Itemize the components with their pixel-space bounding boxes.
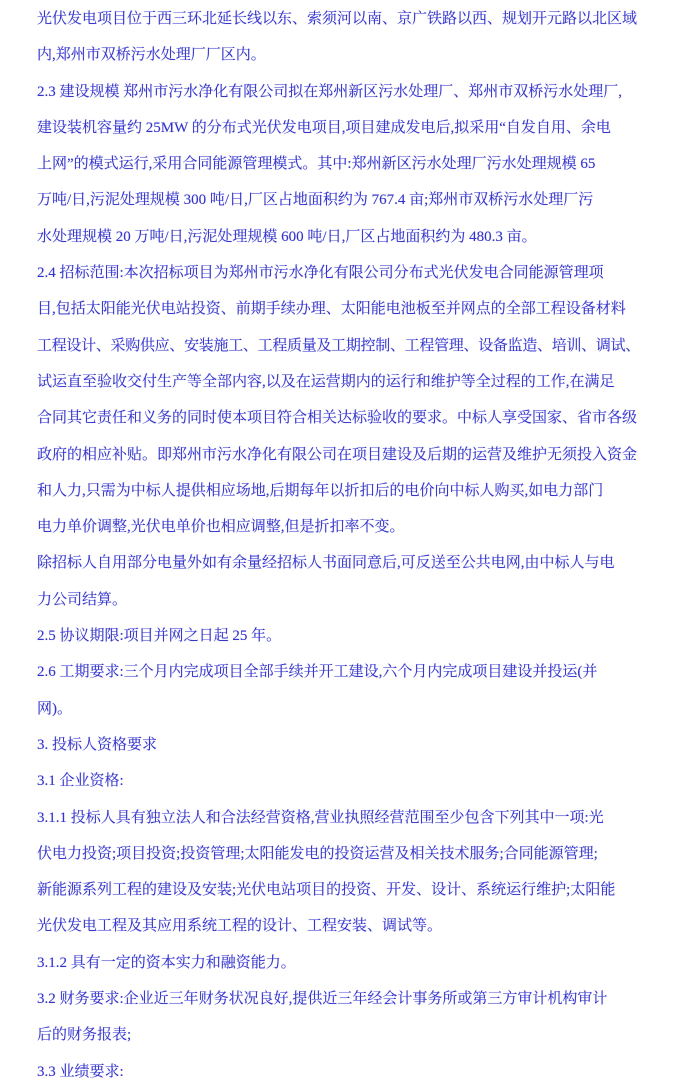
text-line: 电力单价调整,光伏电单价也相应调整,但是折扣率不变。 <box>37 509 640 545</box>
text-line: 上网”的模式运行,采用合同能源管理模式。其中:郑州新区污水处理厂污水处理规模 6… <box>37 146 640 182</box>
text-line: 3.1.2 具有一定的资本实力和融资能力。 <box>37 945 640 981</box>
text-line: 内,郑州市双桥污水处理厂厂区内。 <box>37 37 640 73</box>
text-line: 合同其它责任和义务的同时使本项目符合相关达标验收的要求。中标人享受国家、省市各级 <box>37 400 640 436</box>
document-page: 光伏发电项目位于西三环北延长线以东、索须河以南、京广铁路以西、规划开元路以北区域… <box>0 0 675 1089</box>
text-line: 建设装机容量约 25MW 的分布式光伏发电项目,项目建成发电后,拟采用“自发自用… <box>37 110 640 146</box>
text-line: 除招标人自用部分电量外如有余量经招标人书面同意后,可反送至公共电网,由中标人与电 <box>37 545 640 581</box>
text-line: 力公司结算。 <box>37 582 640 618</box>
text-line: 新能源系列工程的建设及安装;光伏电站项目的投资、开发、设计、系统运行维护;太阳能 <box>37 872 640 908</box>
text-line: 2.4 招标范围:本次招标项目为郑州市污水净化有限公司分布式光伏发电合同能源管理… <box>37 255 640 291</box>
text-line: 2.6 工期要求:三个月内完成项目全部手续并开工建设,六个月内完成项目建设并投运… <box>37 654 640 690</box>
text-line: 光伏发电工程及其应用系统工程的设计、工程安装、调试等。 <box>37 908 640 944</box>
text-line: 2.5 协议期限:项目并网之日起 25 年。 <box>37 618 640 654</box>
text-line: 3.2 财务要求:企业近三年财务状况良好,提供近三年经会计事务所或第三方审计机构… <box>37 981 640 1017</box>
text-line: 后的财务报表; <box>37 1017 640 1053</box>
text-line: 万吨/日,污泥处理规模 300 吨/日,厂区占地面积约为 767.4 亩;郑州市… <box>37 182 640 218</box>
text-line: 试运直至验收交付生产等全部内容,以及在运营期内的运行和维护等全过程的工作,在满足 <box>37 364 640 400</box>
text-line: 3.3 业绩要求: <box>37 1054 640 1089</box>
text-line: 2.3 建设规模 郑州市污水净化有限公司拟在郑州新区污水处理厂、郑州市双桥污水处… <box>37 74 640 110</box>
text-line: 网)。 <box>37 691 640 727</box>
text-line: 3.1.1 投标人具有独立法人和合法经营资格,营业执照经营范围至少包含下列其中一… <box>37 800 640 836</box>
text-line: 和人力,只需为中标人提供相应场地,后期每年以折扣后的电价向中标人购买,如电力部门 <box>37 473 640 509</box>
text-line: 目,包括太阳能光伏电站投资、前期手续办理、太阳能电池板至并网点的全部工程设备材料 <box>37 291 640 327</box>
text-line: 政府的相应补贴。即郑州市污水净化有限公司在项目建设及后期的运营及维护无须投入资金 <box>37 437 640 473</box>
document-text-body: 光伏发电项目位于西三环北延长线以东、索须河以南、京广铁路以西、规划开元路以北区域… <box>37 1 640 1089</box>
text-line: 光伏发电项目位于西三环北延长线以东、索须河以南、京广铁路以西、规划开元路以北区域 <box>37 1 640 37</box>
text-line: 3. 投标人资格要求 <box>37 727 640 763</box>
text-line: 工程设计、采购供应、安装施工、工程质量及工期控制、工程管理、设备监造、培训、调试… <box>37 328 640 364</box>
text-line: 3.1 企业资格: <box>37 763 640 799</box>
text-line: 伏电力投资;项目投资;投资管理;太阳能发电的投资运营及相关技术服务;合同能源管理… <box>37 836 640 872</box>
text-line: 水处理规模 20 万吨/日,污泥处理规模 600 吨/日,厂区占地面积约为 48… <box>37 219 640 255</box>
